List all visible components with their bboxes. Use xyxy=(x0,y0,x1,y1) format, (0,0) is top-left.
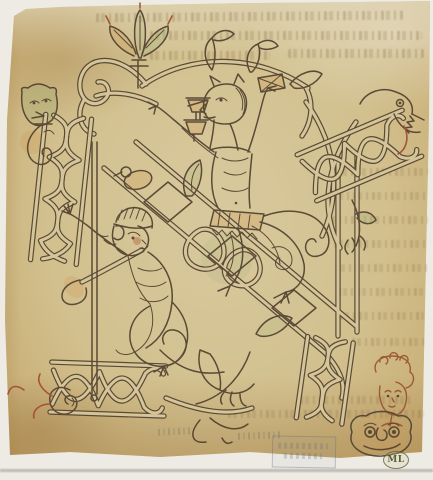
faded-stamp-text-row xyxy=(284,453,322,460)
ml-collection-stamp: ML xyxy=(383,451,409,469)
faded-stamp-box xyxy=(272,435,337,468)
initial-drawing xyxy=(0,0,433,480)
photo-frame: ML xyxy=(0,0,433,480)
faded-stamp-text-row xyxy=(278,443,328,450)
backing-shadow-line xyxy=(0,469,433,472)
ml-stamp-monogram: ML xyxy=(387,455,404,465)
